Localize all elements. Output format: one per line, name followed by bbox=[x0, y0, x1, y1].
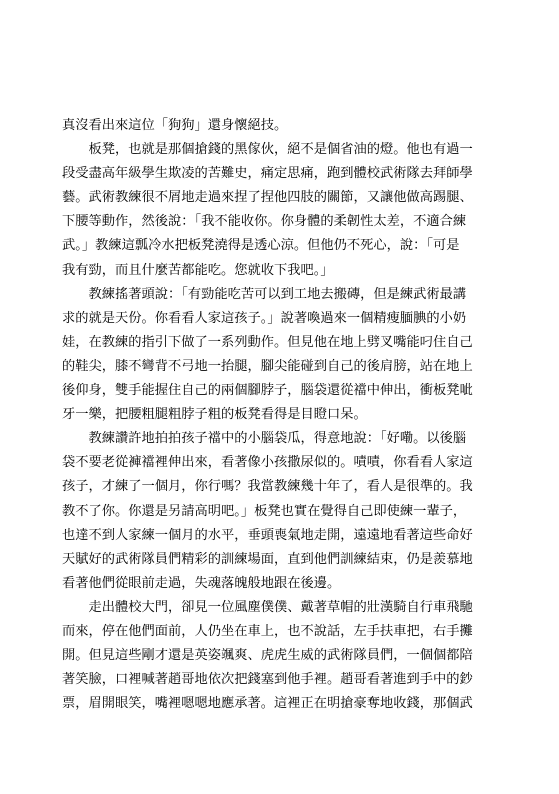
text-line: 求的就是天份。你看看人家這孩子。」說著喚過來一個精瘦腼腆的小奶 bbox=[62, 307, 488, 331]
text-line: 看著他們從眼前走過，失魂落魄般地跟在後邊。 bbox=[62, 572, 488, 596]
text-line: 教不了你。你還是另請高明吧。」板凳也實在覺得自己即使練一輩子， bbox=[62, 500, 488, 524]
text-line: 後仰身，雙手能握住自己的兩個腳脖子，腦袋還從襠中伸出，衝板凳呲 bbox=[62, 379, 488, 403]
text-line: 天賦好的武術隊員們精彩的訓練場面，直到他們訓練結束，仍是羨慕地 bbox=[62, 548, 488, 572]
text-line: 著笑臉，口裡喊著趙哥地依次把錢塞到他手裡。趙哥看著進到手中的鈔 bbox=[62, 668, 488, 692]
text-line: 下腰等動作，然後說：「我不能收你。你身體的柔韌性太差，不適合練 bbox=[62, 210, 488, 234]
text-line: 教練搖著頭說：「有勁能吃苦可以到工地去搬磚，但是練武術最講 bbox=[62, 283, 488, 307]
text-line: 藝。武術教練很不屑地走過來捏了捏他四肢的關節，又讓他做高踢腿、 bbox=[62, 186, 488, 210]
text-line: 也達不到人家練一個月的水平，垂頭喪氣地走開，遠遠地看著這些命好 bbox=[62, 524, 488, 548]
document-page: 真沒看出來這位「狗狗」還身懷絕技。 板凳，也就是那個搶錢的黑傢伙，絕不是個省油的… bbox=[62, 114, 488, 716]
text-line: 牙一樂，把腰粗腿粗脖子粗的板凳看得是目瞪口呆。 bbox=[62, 403, 488, 427]
text-line: 段受盡高年級學生欺凌的苦難史，痛定思痛，跑到體校武術隊去拜師學 bbox=[62, 162, 488, 186]
text-line: 武。」教練這瓢冷水把板凳澆得是透心涼。但他仍不死心，說：「可是 bbox=[62, 234, 488, 258]
text-line: 開。但見這些剛才還是英姿颯爽、虎虎生威的武術隊員們，一個個都陪 bbox=[62, 644, 488, 668]
text-line: 教練讚許地拍拍孩子襠中的小腦袋瓜，得意地說：「好嘞。以後腦 bbox=[62, 427, 488, 451]
text-line: 真沒看出來這位「狗狗」還身懷絕技。 bbox=[62, 114, 488, 138]
text-line: 的鞋尖，膝不彎背不弓地一抬腿，腳尖能碰到自己的後肩膀，站在地上 bbox=[62, 355, 488, 379]
text-line: 板凳，也就是那個搶錢的黑傢伙，絕不是個省油的燈。他也有過一 bbox=[62, 138, 488, 162]
text-line: 票，眉開眼笑，嘴裡嗯嗯地應承著。這裡正在明搶豪奪地收錢，那個武 bbox=[62, 692, 488, 716]
text-line: 袋不要老從褲襠裡伸出來，看著像小孩撒尿似的。嘖嘖，你看看人家這 bbox=[62, 451, 488, 475]
text-line: 而來，停在他們面前，人仍坐在車上，也不說話，左手扶車把，右手攤 bbox=[62, 620, 488, 644]
text-line: 走出體校大門，卻見一位風塵僕僕、戴著草帽的壯漢騎自行車飛馳 bbox=[62, 596, 488, 620]
text-line: 我有勁，而且什麼苦都能吃。您就收下我吧。」 bbox=[62, 259, 488, 283]
text-line: 孩子，才練了一個月，你行嗎？我當教練幾十年了，看人是很準的。我 bbox=[62, 475, 488, 499]
text-line: 娃，在教練的指引下做了一系列動作。但見他在地上劈叉嘴能叼住自己 bbox=[62, 331, 488, 355]
